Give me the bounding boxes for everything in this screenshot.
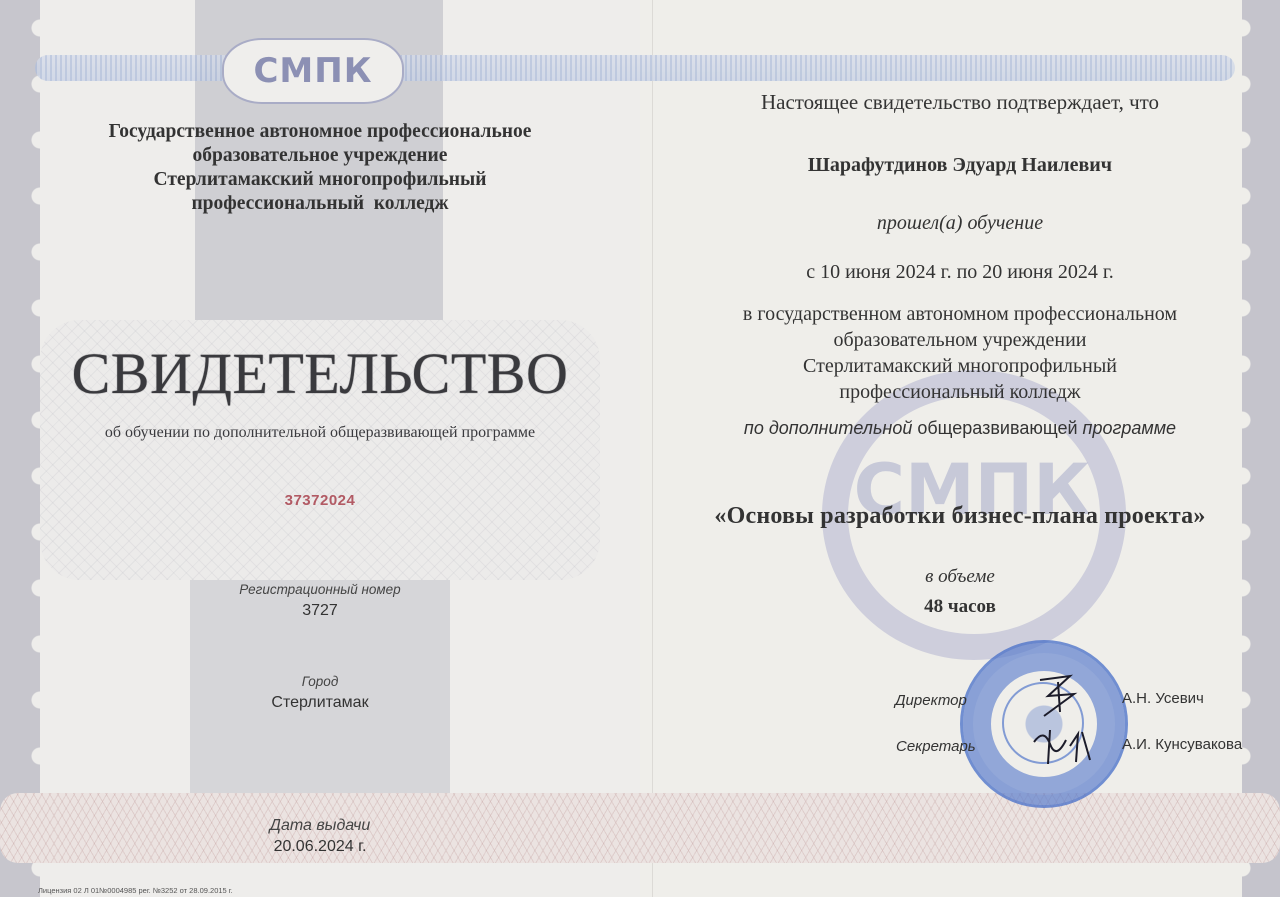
training-dates: с 10 июня 2024 г. по 20 июня 2024 г. [640, 259, 1280, 285]
signatory-director: Директор [895, 692, 967, 709]
city-value: Стерлитамак [40, 694, 600, 712]
signatory-role: Секретарь [896, 738, 976, 755]
institution-line: образовательное учреждение [40, 144, 600, 168]
signatory-secretary: Секретарь [896, 738, 976, 755]
right-scallop-border [1242, 0, 1260, 897]
page-fold [652, 0, 653, 897]
director-name: А.Н. Усевич [1122, 690, 1204, 707]
college-logo: СМПК [222, 38, 404, 104]
city-label: Город [40, 674, 600, 689]
signatory-role: Директор [895, 692, 967, 709]
institution-line: профессиональный колледж [40, 192, 600, 216]
institution-line: Государственное автономное профессиональ… [40, 120, 600, 144]
registration-label: Регистрационный номер [40, 582, 600, 597]
course-title: «Основы разработки бизнес-плана проекта» [640, 503, 1280, 530]
institution-line: Стерлитамакский многопрофильный [40, 168, 600, 192]
serial-number: 37372024 [40, 492, 600, 509]
institution-line: образовательном учреждении [640, 327, 1280, 353]
registration-number: 3727 [40, 602, 600, 620]
institution-line: Стерлитамакский многопрофильный [640, 353, 1280, 379]
program-middle: общеразвивающей [917, 418, 1077, 438]
recipient-name: Шарафутдинов Эдуард Наилевич [640, 152, 1280, 178]
secretary-name: А.И. Кунсувакова [1122, 736, 1242, 753]
program-prefix: по дополнительной [744, 418, 912, 438]
certificate-title: СВИДЕТЕЛЬСТВО [40, 340, 600, 407]
issuing-institution: Государственное автономное профессиональ… [40, 120, 600, 216]
top-security-band [35, 55, 1235, 81]
certificate-subtitle: об обучении по дополнительной общеразвив… [40, 424, 600, 442]
volume-label: в объеме [640, 564, 1280, 590]
institution-line: профессиональный колледж [640, 379, 1280, 405]
course-hours: 48 часов [640, 594, 1280, 620]
certificate-intro: Настоящее свидетельство подтверждает, чт… [640, 89, 1280, 115]
institution-line: в государственном автономном профессиона… [640, 301, 1280, 327]
program-suffix: программе [1083, 418, 1177, 438]
issue-date-label: Дата выдачи [40, 817, 600, 835]
program-type: по дополнительной общеразвивающей програ… [640, 418, 1280, 439]
issue-date-value: 20.06.2024 г. [40, 838, 600, 856]
secretary-signature-icon [1030, 722, 1100, 772]
college-logo-text: СМПК [253, 51, 372, 91]
left-scallop-border [22, 0, 40, 897]
director-signature-icon [1030, 672, 1090, 722]
training-institution: в государственном автономном профессиона… [640, 301, 1280, 405]
license-footnote: Лицензия 02 Л 01№0004985 рег. №3252 от 2… [38, 886, 233, 895]
completion-statement: прошел(а) обучение [640, 210, 1280, 236]
